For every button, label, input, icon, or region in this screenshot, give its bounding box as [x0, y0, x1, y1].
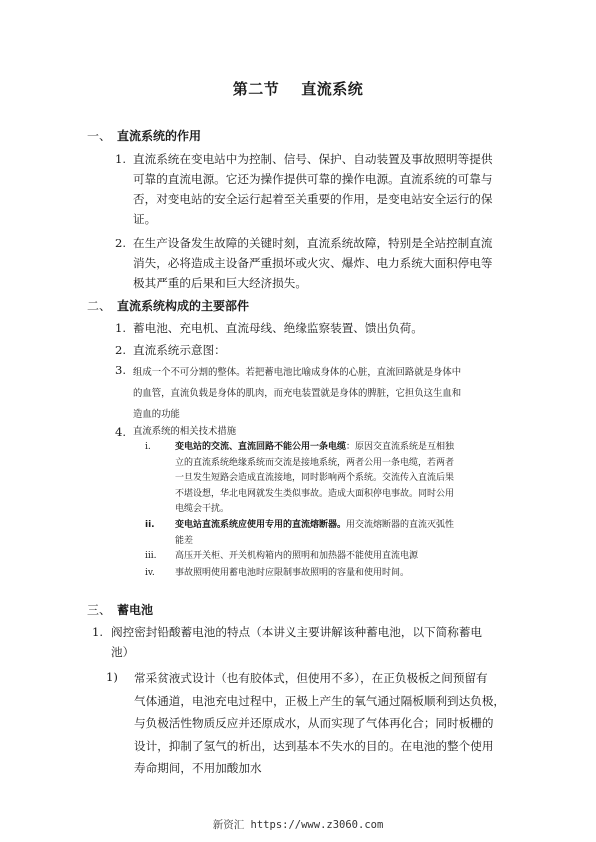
item-number: 2.: [115, 340, 126, 360]
section-number: 二、: [87, 297, 117, 314]
sub-item-number: i.: [145, 440, 151, 456]
text-line: 直流系统在变电站中为控制、信号、保护、自动装置及事故照明等提供: [133, 149, 492, 169]
text-line: 蓄电池、充电机、直流母线、绝缘监察装置、馈出负荷。: [133, 318, 423, 338]
text-line: 的血管，直流负载是身体的肌肉，而充电装置就是身体的脾脏，它担负这生血和: [133, 383, 461, 404]
text-line: 能差: [175, 534, 454, 550]
text-line: 池）: [111, 642, 482, 662]
section-title: 蓄电池: [117, 603, 153, 617]
list-item: 2. 在生产设备发生故障的关键时刻，直流系统故障，特别是全站控制直流 消失，必将…: [115, 233, 492, 293]
text-line: 直流系统的相关技术措施: [133, 424, 236, 441]
section-heading-1: 一、直流系统的作用: [87, 127, 201, 144]
sub-item-number: iv.: [145, 566, 155, 582]
bold-lead: 变电站直流系统应使用专用的直流熔断器。: [175, 520, 346, 530]
bold-lead: 变电站的交流、直流回路不能公用一条电缆: [175, 442, 346, 452]
sub-list-item: iii. 高压开关柜、开关机构箱内的照明和加热器不能使用直流电源: [145, 549, 418, 565]
page-footer: 新资汇 https://www.z3060.com: [0, 817, 596, 832]
item-number: 1.: [115, 149, 126, 169]
text-line: 电缆会干扰。: [175, 502, 454, 518]
text-line: 变电站直流系统应使用专用的直流熔断器。用交流熔断器的直流灭弧性: [175, 518, 454, 534]
list-item: 1. 直流系统在变电站中为控制、信号、保护、自动装置及事故照明等提供 可靠的直流…: [115, 149, 492, 229]
text-line: 极其严重的后果和巨大经济损失。: [133, 273, 492, 293]
text-line: 阀控密封铅酸蓄电池的特点（本讲义主要讲解该种蓄电池，以下简称蓄电: [111, 622, 482, 642]
text-line: 证。: [133, 209, 492, 229]
section-heading-3: 三、蓄电池: [87, 601, 153, 618]
text-line: 不堪设想，华北电网就发生类似事故。造成大面积停电事故。同时公用: [175, 487, 454, 503]
section-title: 直流系统构成的主要部件: [117, 299, 249, 313]
sub-list-item: ii. 变电站直流系统应使用专用的直流熔断器。用交流熔断器的直流灭弧性 能差: [145, 518, 454, 549]
text-line: 与负极活性物质反应并还原成水，从而实现了气体再化合；同时板栅的: [134, 712, 505, 735]
item-number: 3.: [115, 360, 126, 380]
text-line: 在生产设备发生故障的关键时刻，直流系统故障，特别是全站控制直流: [133, 233, 492, 253]
text-line: 消失，必将造成主设备严重损坏或火灾、爆炸、电力系统大面积停电等: [133, 253, 492, 273]
text-line: 一旦发生短路会造成直流接地，同时影响两个系统。交流传入直流后果: [175, 471, 454, 487]
text-line: 寿命期间，不用加酸加水: [134, 757, 505, 780]
list-item: 1. 阀控密封铅酸蓄电池的特点（本讲义主要讲解该种蓄电池，以下简称蓄电 池）: [92, 622, 482, 662]
text-line: 事故照明使用蓄电池时应限制事故照明的容量和使用时间。: [175, 566, 409, 582]
sub-list-item: iv. 事故照明使用蓄电池时应限制事故照明的容量和使用时间。: [145, 566, 409, 582]
sub-item-number: ii.: [145, 518, 155, 534]
sub-list-item: i. 变电站的交流、直流回路不能公用一条电缆：原因交直流系统是互相独 立的直流系…: [145, 440, 454, 518]
list-item: 1. 蓄电池、充电机、直流母线、绝缘监察装置、馈出负荷。: [115, 318, 423, 338]
sub-item-number: iii.: [145, 549, 157, 565]
item-number: 4.: [115, 422, 126, 442]
section-number: 一、: [87, 127, 117, 144]
sub-item-number: 1): [106, 667, 118, 687]
text-line: 造血的功能: [133, 404, 461, 425]
text-line: 组成一个不可分割的整体。若把蓄电池比喻成身体的心脏，直流回路就是身体中: [133, 362, 461, 383]
text-line: 变电站的交流、直流回路不能公用一条电缆：原因交直流系统是互相独: [175, 440, 454, 456]
text-line: 否，对变电站的安全运行起着至关重要的作用，是变电站安全运行的保: [133, 189, 492, 209]
text-line: 高压开关柜、开关机构箱内的照明和加热器不能使用直流电源: [175, 549, 418, 565]
list-item: 3. 组成一个不可分割的整体。若把蓄电池比喻成身体的心脏，直流回路就是身体中 的…: [115, 362, 461, 425]
text-line: 常采贫液式设计（也有胶体式，但使用不多），在正负极板之间预留有: [134, 667, 505, 690]
footer-site-name: 新资汇: [213, 819, 245, 831]
section-number: 三、: [87, 601, 117, 618]
text-line: 气体通道，电池充电过程中，正极上产生的氧气通过隔板顺利到达负极，: [134, 690, 505, 713]
text-line: 直流系统示意图：: [133, 340, 226, 360]
title-section-number: 第二节: [233, 80, 280, 98]
section-heading-2: 二、直流系统构成的主要部件: [87, 297, 249, 314]
list-item: 4. 直流系统的相关技术措施: [115, 424, 236, 441]
footer-url[interactable]: https://www.z3060.com: [251, 819, 384, 831]
section-title: 直流系统的作用: [117, 129, 201, 143]
text-line: 可靠的直流电源。它还为操作提供可靠的操作电源。直流系统的可靠与: [133, 169, 492, 189]
text-line: 设计，抑制了氢气的析出，达到基本不失水的目的。在电池的整个使用: [134, 735, 505, 758]
item-number: 1.: [115, 318, 126, 338]
item-number: 2.: [115, 233, 126, 253]
page-title: 第二节直流系统: [0, 78, 596, 99]
item-number: 1.: [92, 622, 103, 642]
sub-list-item: 1) 常采贫液式设计（也有胶体式，但使用不多），在正负极板之间预留有 气体通道，…: [106, 667, 505, 780]
text-line: 立的直流系统绝缘系统而交流是接地系统，两者公用一条电缆，若两者: [175, 456, 454, 472]
title-text: 直流系统: [301, 80, 363, 98]
list-item: 2. 直流系统示意图：: [115, 340, 226, 360]
